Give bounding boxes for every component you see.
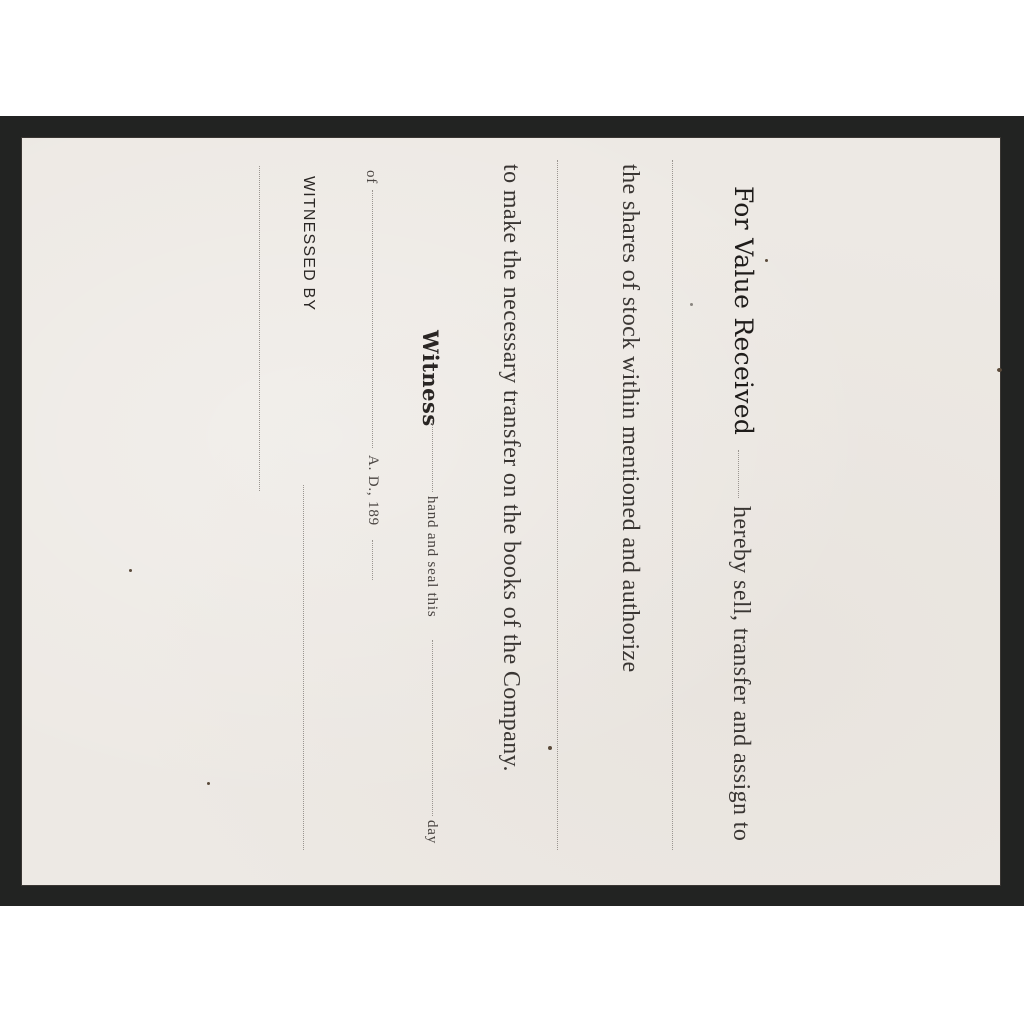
paper-speck: [129, 569, 132, 572]
text-witness: Witness: [418, 330, 443, 427]
blank-line-year: [372, 540, 373, 580]
blank-line-witness-name: [432, 420, 433, 492]
text-anno-domini-year: A. D., 189: [364, 455, 381, 526]
blank-line-witness-signature: [259, 166, 260, 491]
text-hereby-sell: hereby sell, transfer and assign to: [727, 506, 754, 841]
text-witnessed-by: WITNESSED BY: [299, 176, 317, 311]
paper-speck: [690, 303, 693, 306]
text-make-transfer: to make the necessary transfer on the bo…: [497, 164, 524, 772]
text-shares-of-stock: the shares of stock within mentioned and…: [616, 164, 643, 673]
paper-speck: [997, 368, 1002, 372]
blank-line-signature: [303, 485, 304, 850]
blank-line-assignee: [672, 160, 673, 850]
paper-speck: [548, 746, 552, 750]
text-day: day: [423, 820, 440, 844]
blank-line-day: [432, 640, 433, 816]
heading-for-value-received: For Value Received: [729, 186, 758, 435]
blank-line-attorney: [557, 160, 558, 850]
text-of: of: [362, 170, 379, 184]
blank-line-month: [372, 190, 373, 448]
blank-line-assignor: [738, 450, 739, 498]
paper-speck: [207, 782, 210, 785]
text-hand-and-seal: hand and seal this: [423, 496, 440, 617]
paper-speck: [765, 259, 768, 262]
